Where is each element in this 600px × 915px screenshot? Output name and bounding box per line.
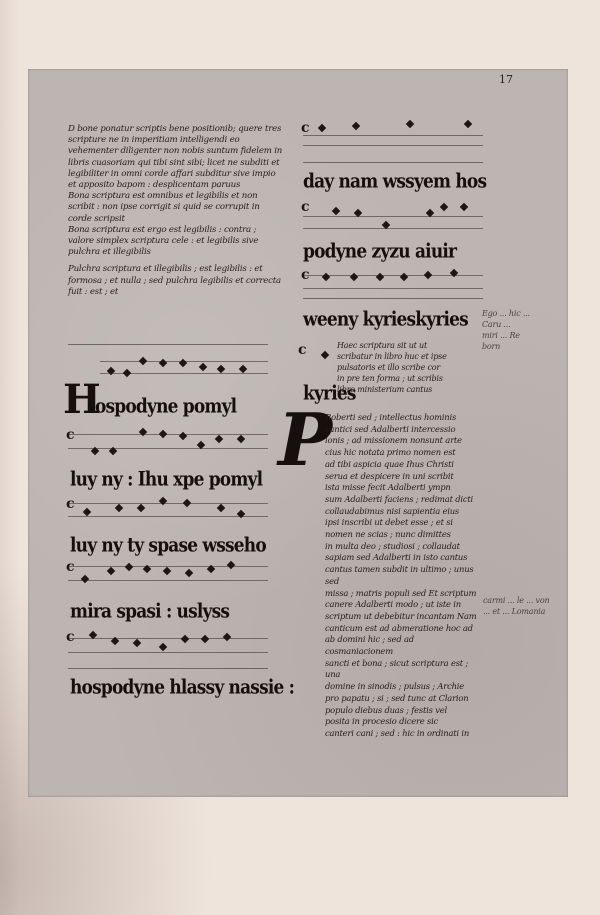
music-staff: c	[68, 560, 268, 586]
music-staff: c	[303, 121, 483, 147]
prose-line: nomen ne scias ; nunc dimittes	[325, 529, 483, 541]
music-staff: c	[68, 497, 268, 523]
chant-lyric: weeny kyrieskyries	[303, 308, 468, 331]
prose-line: missa ; matris populi sed Et scriptum	[325, 588, 483, 600]
prose-line: ipsi inscribi ut debet esse ; et si	[325, 517, 483, 529]
music-staff: c	[300, 342, 340, 368]
prose-line: posita in procesio dicere sic	[325, 716, 483, 728]
prose-line: cius hic notata primo nomen est	[325, 447, 483, 459]
music-staff	[100, 354, 268, 380]
music-staff: c	[68, 428, 268, 454]
marginal-line: Ego ... hic ...	[482, 308, 567, 319]
music-staff: c	[68, 630, 268, 656]
chant-lyric: podyne zyzu aiuir	[303, 240, 456, 263]
prose-line: canticum est ad abmeratione hoc ad	[325, 623, 483, 635]
prose-line: canere Adalberti modo ; ut iste in	[325, 599, 483, 611]
prose-line: ista misse fecit Adalberti ympn	[325, 482, 483, 494]
right-column-prose: Roberti sed ; intellectus hominis cantic…	[325, 412, 483, 740]
prose-line: in multa deo ; studiosi ; collaudat	[325, 541, 483, 553]
staff-rule	[68, 668, 268, 669]
prose-line: populo diebus duas ; festis vel	[325, 705, 483, 717]
music-staff: c	[303, 200, 483, 226]
chant-lyric: hospodyne hlassy nassie :	[70, 676, 294, 699]
prose-paragraph: Pulchra scriptura et illegibilis ; est l…	[68, 264, 283, 298]
marginal-line: ... et ... Lomania	[483, 606, 568, 617]
prose-paragraph: D bone ponatur scriptis bene positionib;…	[68, 124, 283, 191]
prose-line: ionis ; ad missionem nonsunt arte	[325, 435, 483, 447]
prose-line: collaudabimus nisi sapientia eius	[325, 506, 483, 518]
chant-lyric: luy ny : Ihu xpe pomyl	[70, 468, 262, 491]
chant-lyric: day nam wssyem hos	[303, 170, 486, 193]
prose-paragraph: Bona scriptura est ergo est legibilis : …	[68, 225, 283, 259]
staff-rule	[68, 344, 268, 345]
prose-line: domine in sinodis ; pulsus ; Archie	[325, 681, 483, 693]
left-column-prose: D bone ponatur scriptis bene positionib;…	[68, 124, 283, 298]
marginal-line: miri ... Re	[482, 330, 567, 341]
prose-line: serua et despicere in uni scribit	[325, 471, 483, 483]
staff-rule	[303, 162, 483, 163]
rubric-note: Haec scriptura sit ut ut scribatur in li…	[337, 340, 497, 395]
rubric-line: Haec scriptura sit ut ut	[337, 340, 497, 351]
chant-lyric: mira spasi : uslyss	[70, 600, 229, 623]
marginal-line: carmi ... le ... von	[483, 595, 568, 606]
chant-lyric: luy ny ty spase wsseho	[70, 534, 266, 557]
rubric-line: in pre ten forma ; ut scribis	[337, 373, 497, 384]
staff-rule	[303, 298, 483, 299]
marginal-line: born	[482, 341, 567, 352]
prose-line: canteri cani ; sed : hic in ordinati in	[325, 728, 483, 740]
prose-line: ab domini hic ; sed ad cosmaniacionem	[325, 634, 483, 657]
chant-lyric: ospodyne pomyl	[95, 395, 236, 418]
prose-line: sancti et bona ; sicut scriptura est ; u…	[325, 658, 483, 681]
prose-line: sum Adalberti faciens ; redimat dicti	[325, 494, 483, 506]
folio-number: 17	[499, 73, 513, 86]
prose-line: Roberti sed ; intellectus hominis	[325, 412, 483, 424]
prose-line: ad tibi aspicia quae Ihus Christi	[325, 459, 483, 471]
prose-line: cantici sed Adalberti intercessio	[325, 424, 483, 436]
rubric-line: pulsatoris et illo scribe cor	[337, 362, 497, 373]
prose-paragraph: Bona scriptura est omnibus et legibilis …	[68, 191, 283, 225]
prose-line: sapiam sed Adalberti in isto cantus	[325, 552, 483, 564]
marginal-annotation: carmi ... le ... von ... et ... Lomania	[483, 595, 568, 617]
rubric-line: scribatur in libro huc et ipse	[337, 351, 497, 362]
music-staff: c	[303, 268, 483, 294]
prose-line: scriptum ut debebitur incantam Nam	[325, 611, 483, 623]
prose-line: cantus tamen subdit in ultimo ; unus sed	[325, 564, 483, 587]
marginal-annotation: Ego ... hic ... Caru ... miri ... Re bor…	[482, 308, 567, 352]
rubric-line: libro ministerium cantus	[337, 384, 497, 395]
marginal-line: Caru ...	[482, 319, 567, 330]
prose-line: pro papatu ; si ; sed tunc at Clarion	[325, 693, 483, 705]
